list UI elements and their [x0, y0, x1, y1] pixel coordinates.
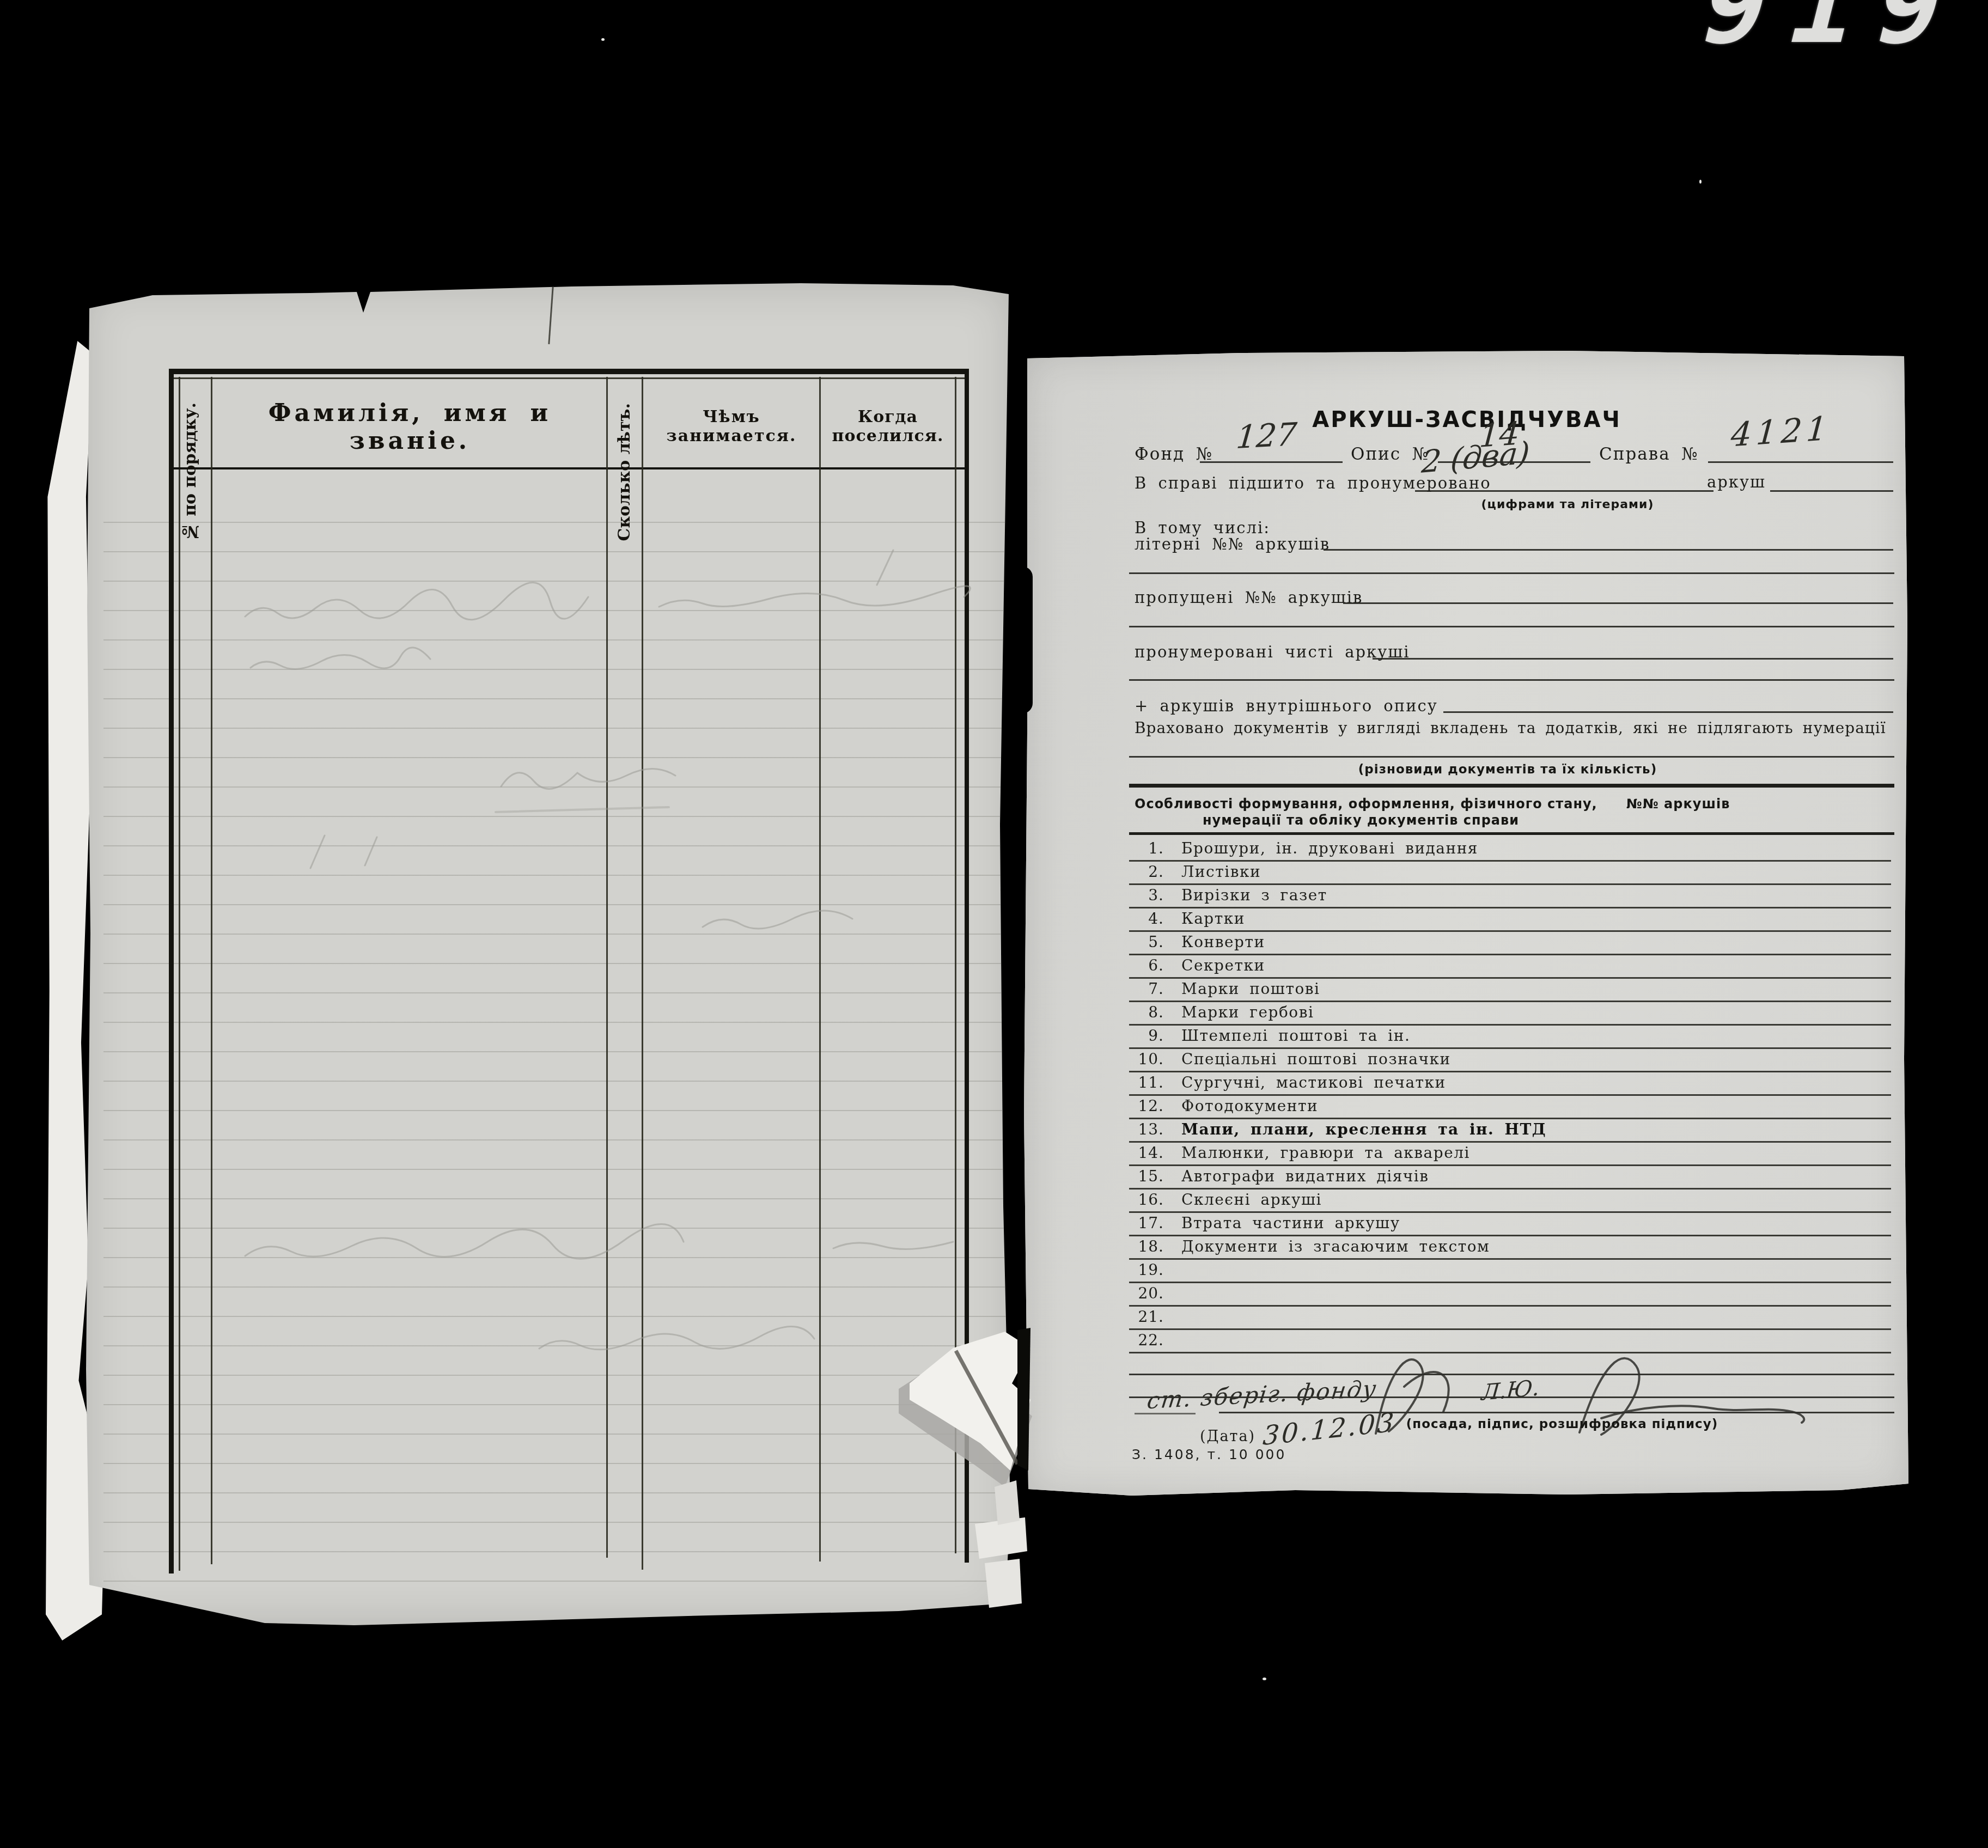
page-corner-number: 919	[1688, 0, 1981, 68]
gutter-shadow-blob	[1012, 566, 1033, 713]
torn-paper-fragment	[893, 1307, 1062, 1612]
certification-sheet-page: АРКУШ-ЗАСВІДЧУВАЧ Фонд № 127 Опис № 14 С…	[1023, 351, 1911, 1500]
date-label: (Дата)	[1200, 1428, 1255, 1445]
paper-speck	[1263, 1678, 1266, 1680]
paper-speck	[1699, 180, 1702, 184]
faint-handwriting	[82, 280, 1014, 1626]
signature-flourish	[1023, 351, 1911, 1500]
left-ledger-page: № по порядку. Фамилія, имя и званіе. Ско…	[82, 280, 1014, 1626]
scan-canvas: 919 № по порядку. Фамилія, имя и званіе.…	[0, 0, 1988, 1848]
paper-speck	[601, 38, 605, 41]
print-order-mark: З. 1408, т. 10 000	[1132, 1447, 1286, 1462]
signature-caption: (посада, підпис, розшифровка підпису)	[1371, 1417, 1753, 1431]
